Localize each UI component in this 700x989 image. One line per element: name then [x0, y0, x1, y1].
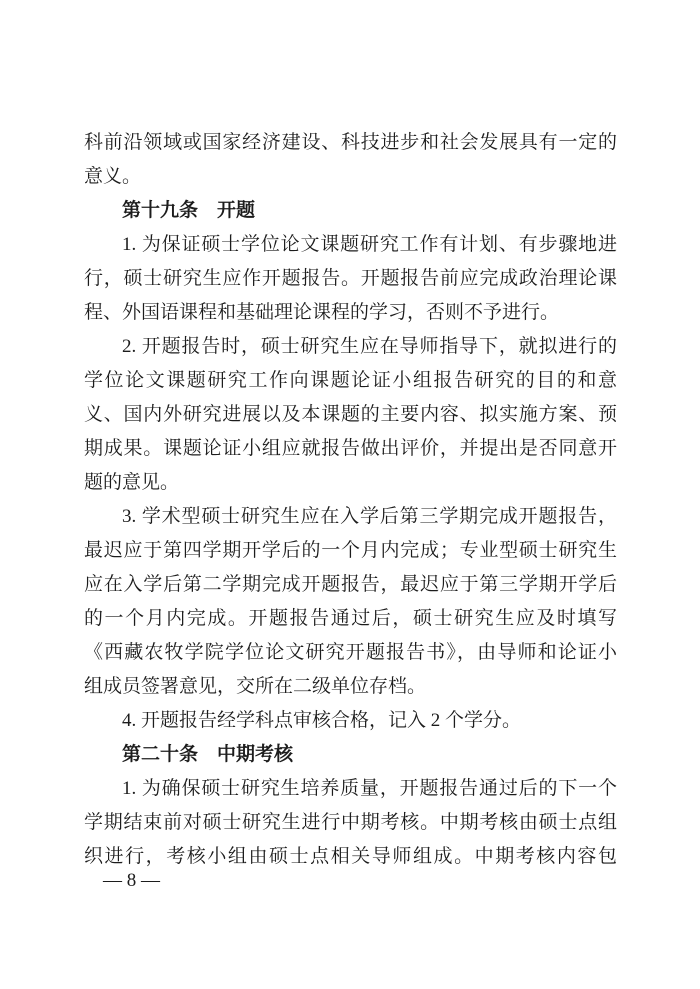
text-line: 1. 为保证硕士学位论文课题研究工作有计划、有步骤地进	[84, 228, 617, 262]
text-line: 程、外国语课程和基础理论课程的学习，否则不予进行。	[84, 296, 617, 330]
text-line: 行，硕士研究生应作开题报告。开题报告前应完成政治理论课	[84, 262, 617, 296]
text-line: 学期结束前对硕士研究生进行中期考核。中期考核由硕士点组	[84, 806, 617, 840]
text-line: 2. 开题报告时，硕士研究生应在导师指导下，就拟进行的	[84, 330, 617, 364]
text-line: 学位论文课题研究工作向课题论证小组报告研究的目的和意	[84, 364, 617, 398]
text-line: 最迟应于第四学期开学后的一个月内完成；专业型硕士研究生	[84, 534, 617, 568]
article-heading: 第二十条 中期考核	[84, 738, 617, 772]
text-line: 的一个月内完成。开题报告通过后，硕士研究生应及时填写	[84, 602, 617, 636]
text-line: 《西藏农牧学院学位论文研究开题报告书》，由导师和论证小	[84, 636, 617, 670]
text-line: 题的意见。	[84, 466, 617, 500]
page-number: — 8 —	[103, 869, 160, 893]
text-line: 1. 为确保硕士研究生培养质量，开题报告通过后的下一个	[84, 772, 617, 806]
text-line: 义、国内外研究进展以及本课题的主要内容、拟实施方案、预	[84, 398, 617, 432]
text-line: 3. 学术型硕士研究生应在入学后第三学期完成开题报告，	[84, 500, 617, 534]
article-heading: 第十九条 开题	[84, 194, 617, 228]
text-line: 应在入学后第二学期完成开题报告，最迟应于第三学期开学后	[84, 568, 617, 602]
text-line: 意义。	[84, 160, 617, 194]
text-line: 科前沿领域或国家经济建设、科技进步和社会发展具有一定的	[84, 126, 617, 160]
text-line: 组成员签署意见，交所在二级单位存档。	[84, 670, 617, 704]
text-line: 织进行，考核小组由硕士点相关导师组成。中期考核内容包	[84, 840, 617, 874]
document-body: 科前沿领域或国家经济建设、科技进步和社会发展具有一定的意义。第十九条 开题1. …	[84, 126, 617, 874]
document-page: 科前沿领域或国家经济建设、科技进步和社会发展具有一定的意义。第十九条 开题1. …	[0, 0, 700, 989]
text-line: 期成果。课题论证小组应就报告做出评价，并提出是否同意开	[84, 432, 617, 466]
text-line: 4. 开题报告经学科点审核合格，记入 2 个学分。	[84, 704, 617, 738]
